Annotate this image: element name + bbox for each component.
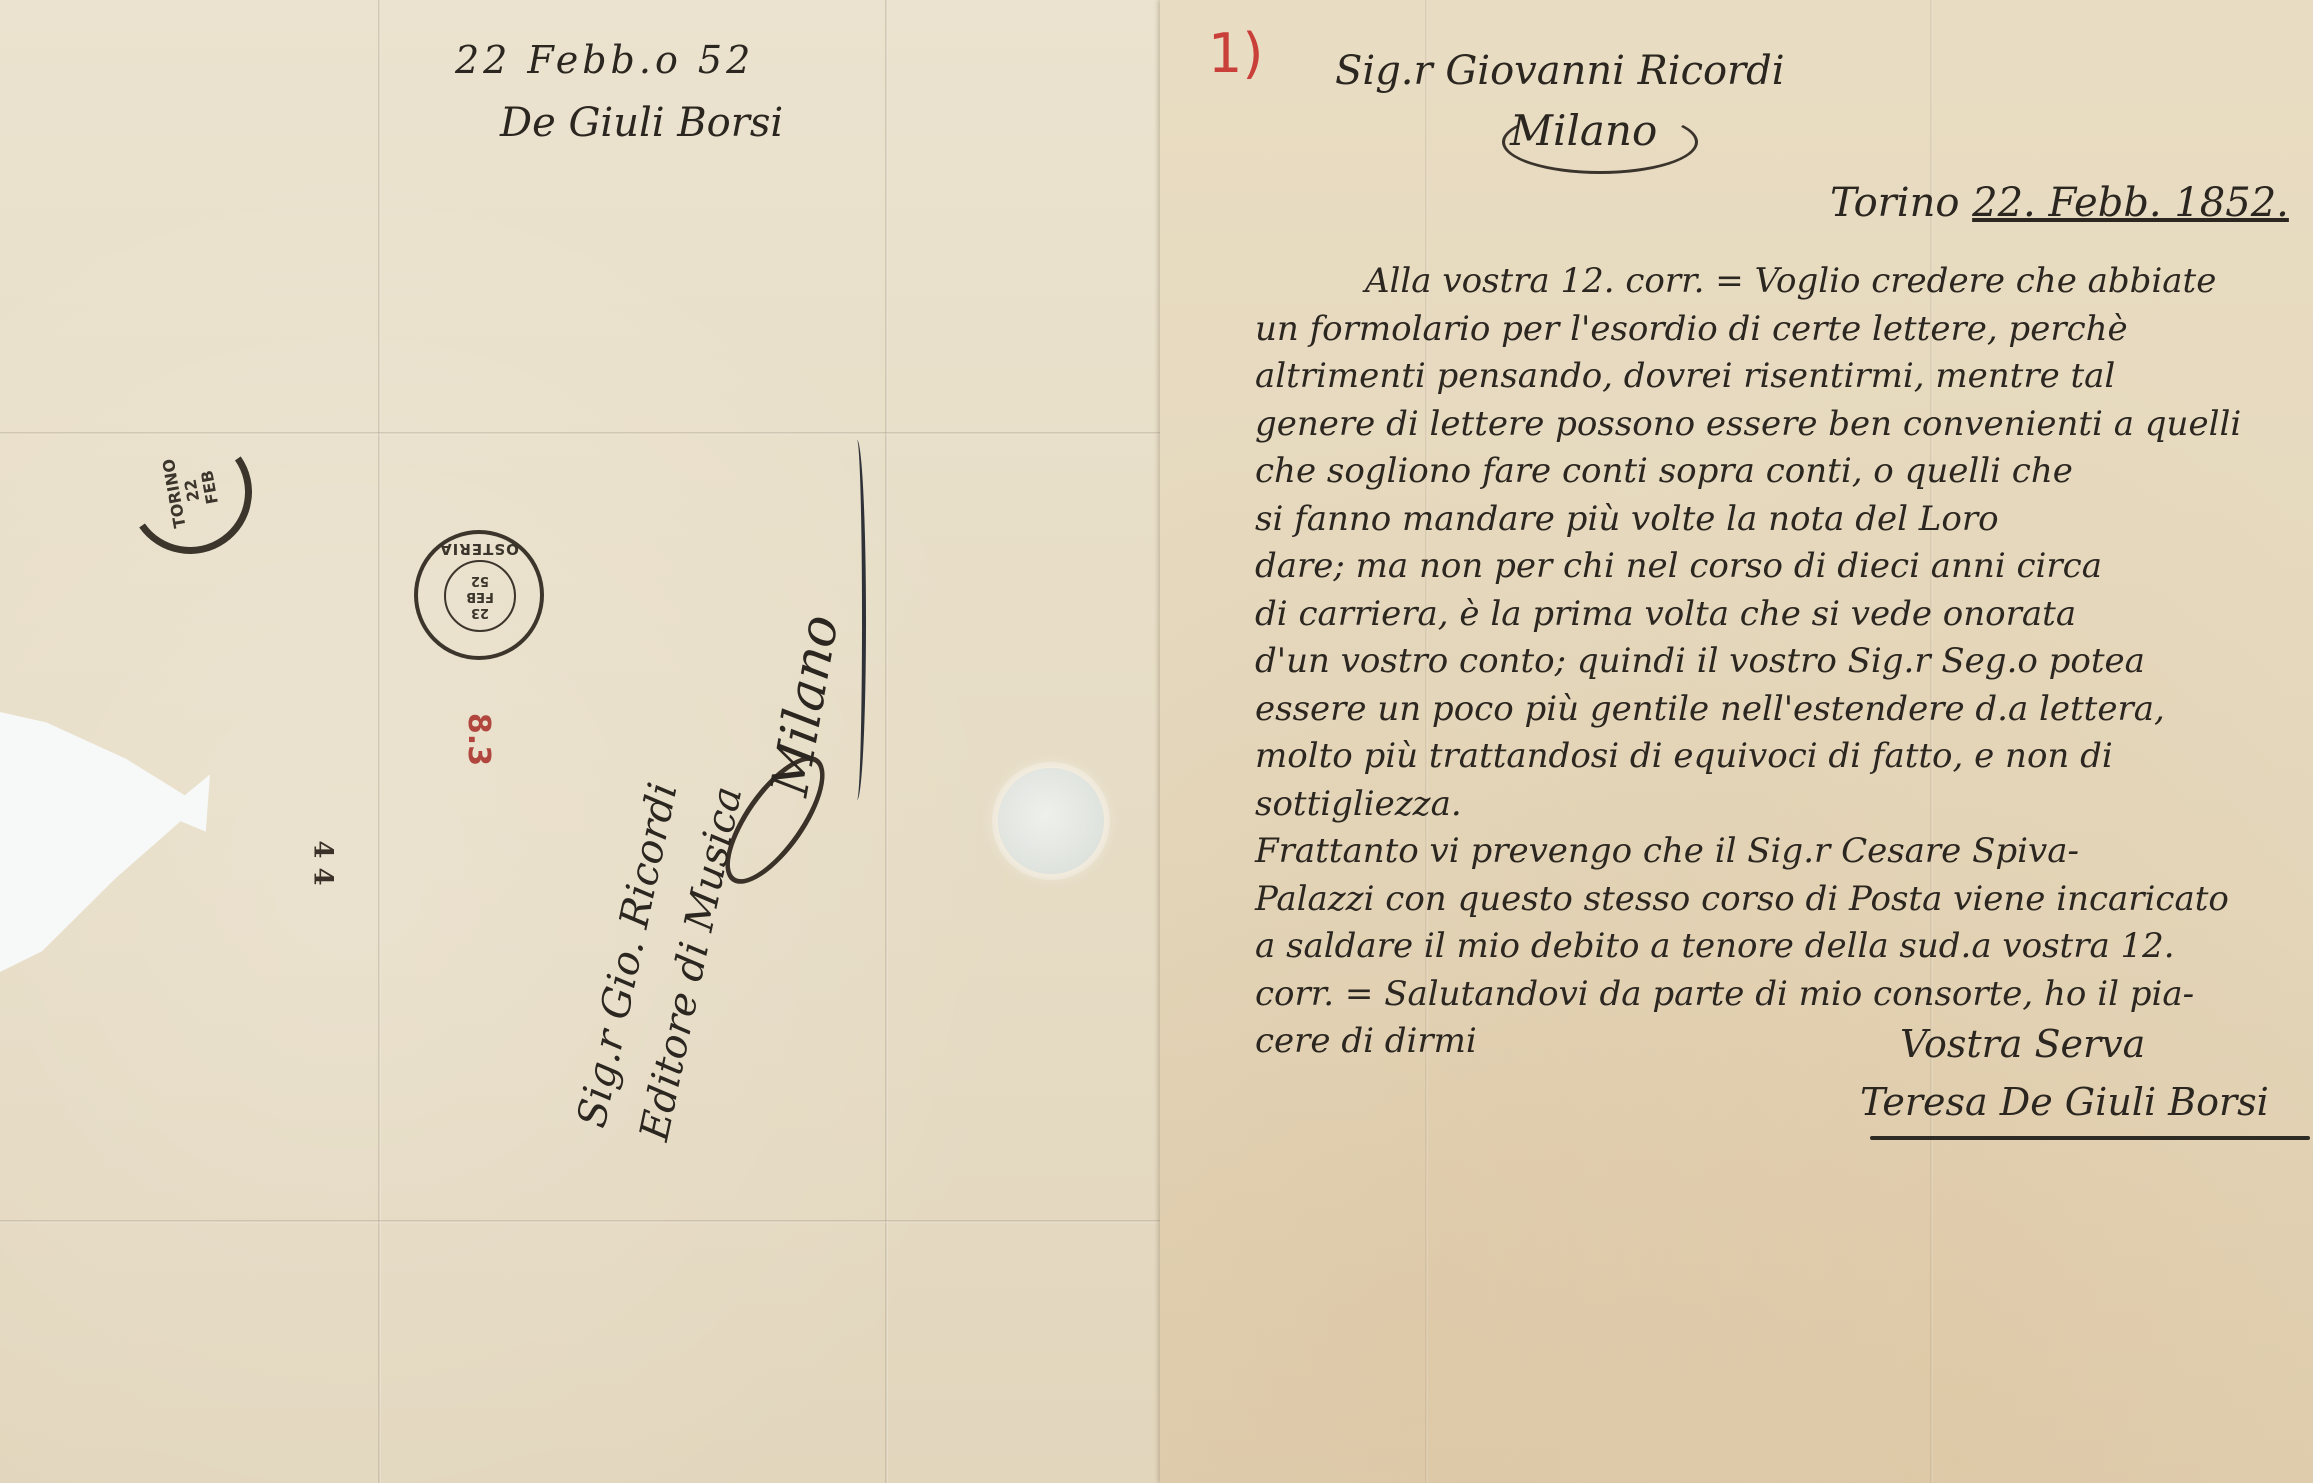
body-line: Alla vostra 12. corr. = Voglio credere c… <box>1255 258 2295 306</box>
postal-rate-mark: 8.3 <box>461 713 496 766</box>
letter-cover-sheet <box>0 0 1160 1483</box>
letter-body: Alla vostra 12. corr. = Voglio credere c… <box>1255 258 2295 1066</box>
letter-date: 22. Febb. 1852. <box>1972 180 2289 226</box>
postmark-osteria: 23 FEB 52 OSTERIA <box>414 530 544 660</box>
postmark-date: 23 FEB 52 <box>444 560 516 632</box>
postmark-year: 52 <box>446 572 514 588</box>
body-line: altrimenti pensando, dovrei risentirmi, … <box>1255 353 2295 401</box>
archive-reference-mark: 1) <box>1208 22 1263 85</box>
fold-line <box>885 0 888 1483</box>
torn-paper-gap <box>0 712 210 972</box>
body-line: essere un poco più gentile nell'estender… <box>1255 686 2295 734</box>
signature-underline <box>1870 1136 2310 1140</box>
letter-signature: Teresa De Giuli Borsi <box>1860 1080 2269 1124</box>
letter-closing: Vostra Serva <box>1900 1022 2145 1066</box>
body-line: dare; ma non per chi nel corso di dieci … <box>1255 543 2295 591</box>
body-line: molto più trattandosi di equivoci di fat… <box>1255 733 2295 781</box>
body-line: un formolario per l'esordio di certe let… <box>1255 306 2295 354</box>
city-underline-flourish <box>848 440 866 800</box>
letter-addressee: Sig.r Giovanni Ricordi <box>1335 48 1785 94</box>
body-line: d'un vostro conto; quindi il vostro Sig.… <box>1255 638 2295 686</box>
letter-addressee-city: Milano <box>1510 106 1657 155</box>
body-line: sottigliezza. <box>1255 781 2295 829</box>
body-line: si fanno mandare più volte la nota del L… <box>1255 496 2295 544</box>
body-line: Frattanto vi prevengo che il Sig.r Cesar… <box>1255 828 2295 876</box>
postmark-month: FEB <box>446 588 514 604</box>
fold-line <box>378 0 381 1483</box>
wafer-seal-icon <box>998 768 1104 874</box>
postmark-office: OSTERIA <box>418 540 540 558</box>
manuscript-mark: 4 4 <box>308 840 338 885</box>
letter-place-date: Torino 22. Febb. 1852. <box>1830 180 2289 226</box>
postmark-day: 23 <box>446 604 514 620</box>
body-line: che sogliono fare conti sopra conti, o q… <box>1255 448 2295 496</box>
docket-sender: De Giuli Borsi <box>500 100 783 146</box>
letter-place: Torino <box>1830 180 1959 226</box>
body-line: a saldare il mio debito a tenore della s… <box>1255 923 2295 971</box>
body-line: Palazzi con questo stesso corso di Posta… <box>1255 876 2295 924</box>
body-line: genere di lettere possono essere ben con… <box>1255 401 2295 449</box>
fold-line <box>0 1220 1160 1223</box>
body-line: corr. = Salutandovi da parte di mio cons… <box>1255 971 2295 1019</box>
body-line: di carriera, è la prima volta che si ved… <box>1255 591 2295 639</box>
docket-date: 22 Febb.o 52 <box>455 38 754 82</box>
